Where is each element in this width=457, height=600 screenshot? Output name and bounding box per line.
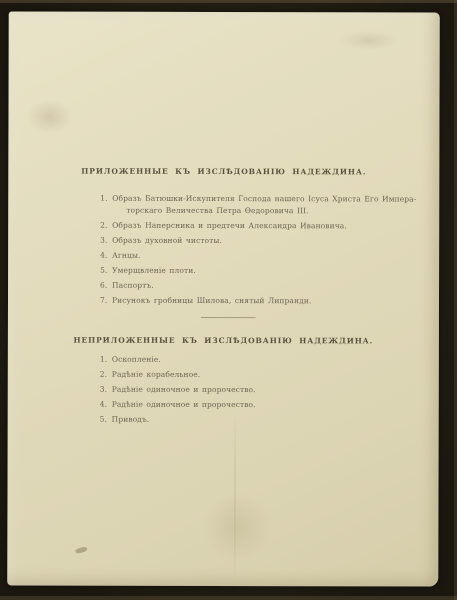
- document-sections: ПРИЛОЖЕННЫЕ КЪ ИЗСЛѢДОВАНІЮ НАДЕЖДИНА.1.…: [7, 11, 440, 586]
- document-page: ПРИЛОЖЕННЫЕ КЪ ИЗСЛѢДОВАНІЮ НАДЕЖДИНА.1.…: [7, 11, 440, 586]
- photo-background: ПРИЛОЖЕННЫЕ КЪ ИЗСЛѢДОВАНІЮ НАДЕЖДИНА.1.…: [0, 0, 457, 600]
- list-item: 3.Образъ духовной чистоты.: [8, 234, 439, 247]
- item-number: 1.: [100, 193, 112, 217]
- item-number: 3.: [100, 384, 112, 396]
- section-heading-1: ПРИЛОЖЕННЫЕ КЪ ИЗСЛѢДОВАНІЮ НАДЕЖДИНА.: [8, 166, 439, 177]
- list-item: 6.Паспортъ.: [8, 279, 439, 292]
- item-text-line: Радѣніе одиночное и пророчество.: [112, 399, 256, 411]
- item-number: 1.: [100, 354, 112, 366]
- list-item: 2.Радѣніе корабельное.: [8, 368, 439, 381]
- item-text-line: Паспортъ.: [112, 280, 154, 292]
- item-number: 3.: [100, 235, 112, 247]
- item-text: Паспортъ.: [112, 280, 154, 292]
- item-text-line: Рисунокъ гробницы Шилова, снятый Липранд…: [112, 295, 311, 308]
- item-text: Приводъ.: [112, 414, 150, 426]
- item-text: Радѣніе одиночное и пророчество.: [112, 384, 256, 396]
- list-item: 5.Приводъ.: [8, 413, 439, 426]
- list-item: 1.Оскопленіе.: [8, 353, 439, 366]
- item-text: Образъ Батюшки-Искупителя Господа нашего…: [112, 193, 416, 218]
- item-text-line: Оскопленіе.: [112, 354, 161, 366]
- list-item: 2.Образъ Наперсника и предтечи Александр…: [8, 219, 439, 232]
- item-text: Агнцы.: [112, 250, 140, 262]
- item-text: Оскопленіе.: [112, 354, 161, 366]
- list-item: 5.Умерщвленіе плоти.: [8, 264, 439, 277]
- item-text-line: Умерщвленіе плоти.: [112, 265, 196, 277]
- item-text-line: Образъ духовной чистоты.: [112, 235, 222, 247]
- item-number: 2.: [100, 220, 112, 232]
- item-number: 6.: [100, 280, 112, 292]
- item-list-1: 1.Образъ Батюшки-Искупителя Господа наше…: [8, 192, 439, 307]
- item-text-line: Приводъ.: [112, 414, 150, 426]
- item-text-line: Радѣніе корабельное.: [112, 369, 201, 381]
- item-text: Умерщвленіе плоти.: [112, 265, 196, 277]
- item-text: Радѣніе одиночное и пророчество.: [112, 399, 256, 411]
- list-item: 7.Рисунокъ гробницы Шилова, снятый Липра…: [8, 294, 439, 307]
- item-number: 5.: [100, 265, 112, 277]
- item-text: Радѣніе корабельное.: [112, 369, 201, 381]
- section-divider: [201, 317, 256, 318]
- item-text: Образъ духовной чистоты.: [112, 235, 222, 247]
- item-text-line: Агнцы.: [112, 250, 140, 262]
- list-item: 4.Радѣніе одиночное и пророчество.: [8, 398, 439, 411]
- item-text-line: Радѣніе одиночное и пророчество.: [112, 384, 256, 396]
- item-number: 4.: [100, 250, 112, 262]
- item-number: 5.: [100, 414, 112, 426]
- item-text: Образъ Наперсника и предтечи Александра …: [112, 220, 347, 233]
- photo-edge-highlight-bottom: [0, 596, 457, 600]
- item-number: 2.: [100, 369, 112, 381]
- item-list-2: 1.Оскопленіе.2.Радѣніе корабельное.3.Рад…: [8, 353, 439, 426]
- item-text-line: торскаго Величества Петра Ѳедоровича III…: [126, 205, 416, 218]
- photo-edge-highlight-top: [0, 0, 457, 3]
- item-text-line: Образъ Батюшки-Искупителя Господа нашего…: [112, 193, 416, 206]
- item-number: 4.: [100, 399, 112, 411]
- list-item: 3.Радѣніе одиночное и пророчество.: [8, 383, 439, 396]
- section-heading-2: НЕПРИЛОЖЕННЫЕ КЪ ИЗСЛѢДОВАНІЮ НАДЕЖДИНА.: [8, 335, 439, 346]
- item-text-line: Образъ Наперсника и предтечи Александра …: [112, 220, 347, 233]
- list-item: 4.Агнцы.: [8, 249, 439, 262]
- list-item: 1.Образъ Батюшки-Искупителя Господа наше…: [8, 192, 439, 217]
- item-text: Рисунокъ гробницы Шилова, снятый Липранд…: [112, 295, 311, 308]
- item-number: 7.: [100, 295, 112, 307]
